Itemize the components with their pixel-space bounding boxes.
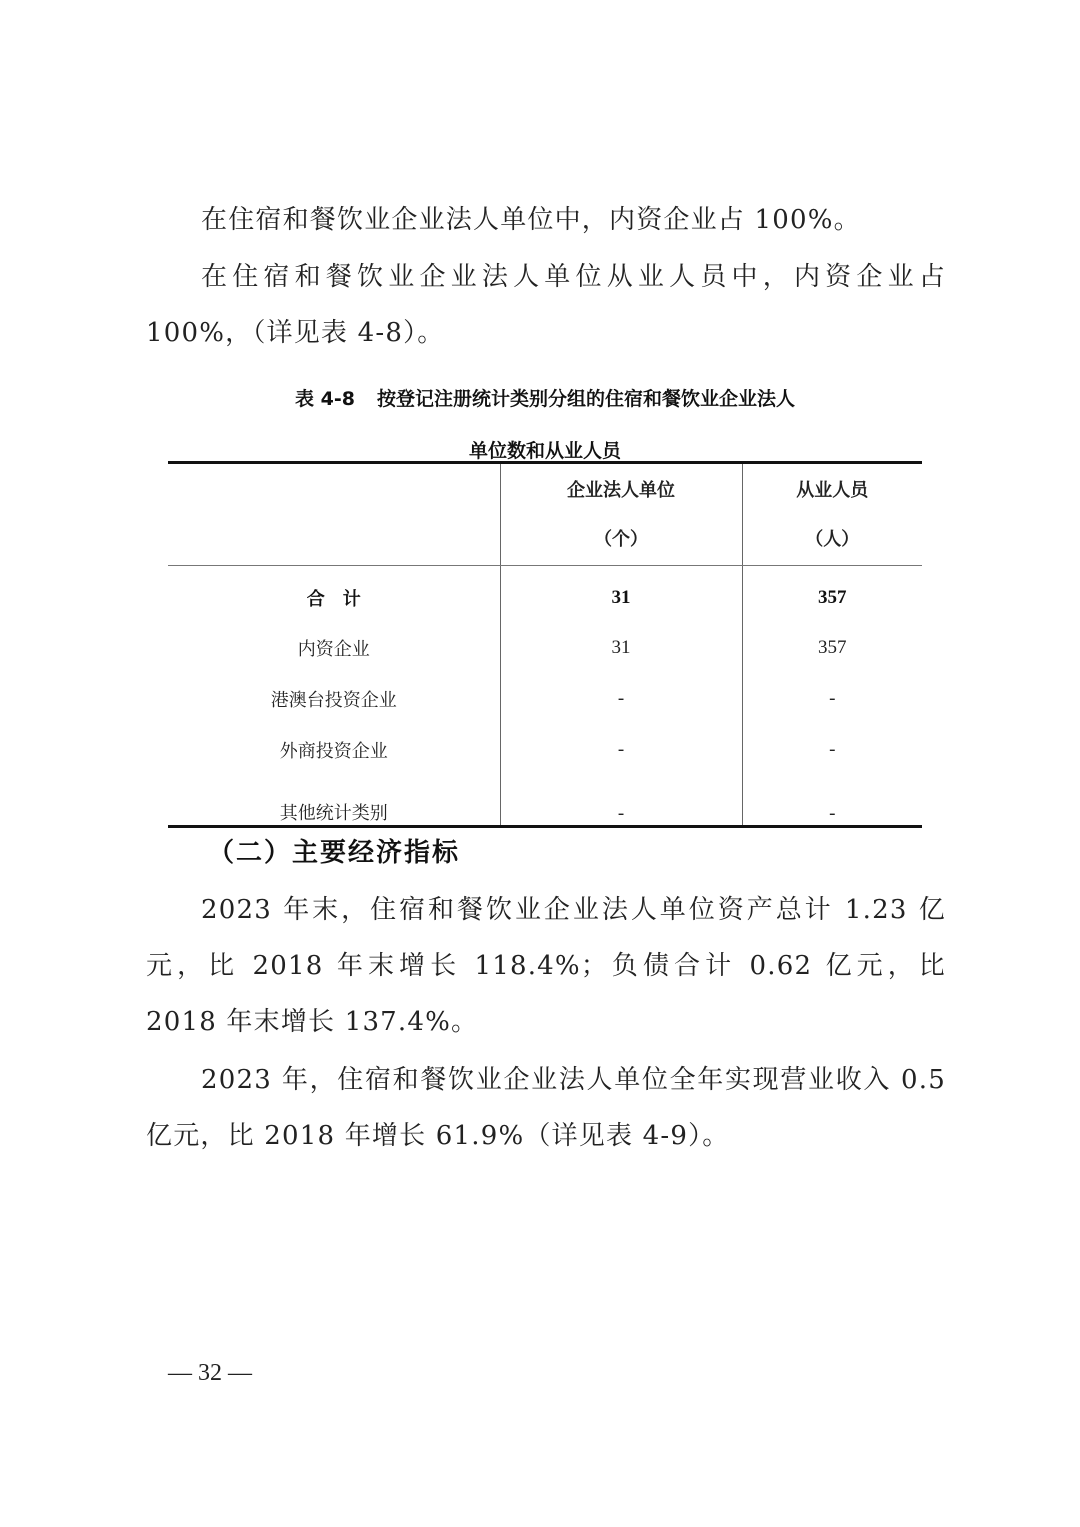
cell-category: 合 计 — [168, 566, 500, 623]
header-category — [168, 463, 500, 566]
cell-employees: 357 — [742, 566, 922, 623]
cell-category: 其他统计类别 — [168, 775, 500, 827]
cell-units: 31 — [500, 622, 742, 673]
section-heading: （二）主要经济指标 — [208, 832, 460, 869]
table-title: 按登记注册统计类别分组的住宿和餐饮业企业法人 — [377, 388, 795, 410]
paragraph-domestic-employees: 在住宿和餐饮业企业法人单位从业人员中，内资企业占 100%，（详见表 4-8）。 — [146, 249, 946, 361]
paragraph-assets-liabilities: 2023 年末，住宿和餐饮业企业法人单位资产总计 1.23 亿元，比 2018 … — [146, 882, 946, 1050]
table-row: 外商投资企业 - - — [168, 724, 922, 775]
table-header-row: 企业法人单位 （个） 从业人员 （人） — [168, 463, 922, 566]
header-employees: 从业人员 （人） — [742, 463, 922, 566]
cell-employees: - — [742, 724, 922, 775]
cell-category: 港澳台投资企业 — [168, 673, 500, 724]
cell-units: - — [500, 724, 742, 775]
cell-units: - — [500, 775, 742, 827]
cell-units: - — [500, 673, 742, 724]
table-row-total: 合 计 31 357 — [168, 566, 922, 623]
table-row: 港澳台投资企业 - - — [168, 673, 922, 724]
paragraph-revenue: 2023 年，住宿和餐饮业企业法人单位全年实现营业收入 0.5 亿元，比 201… — [146, 1052, 946, 1164]
cell-employees: 357 — [742, 622, 922, 673]
cell-employees: - — [742, 775, 922, 827]
cell-employees: - — [742, 673, 922, 724]
table-row: 其他统计类别 - - — [168, 775, 922, 827]
page-number: — 32 — — [168, 1360, 252, 1387]
registration-category-table: 企业法人单位 （个） 从业人员 （人） 合 计 31 357 内资企业 31 3… — [168, 461, 922, 828]
table-row: 内资企业 31 357 — [168, 622, 922, 673]
cell-units: 31 — [500, 566, 742, 623]
paragraph-domestic-units: 在住宿和餐饮业企业法人单位中，内资企业占 100%。 — [146, 192, 946, 248]
cell-category: 内资企业 — [168, 622, 500, 673]
table-number: 表 4-8 — [295, 388, 355, 410]
table-caption-line2: 单位数和从业人员 — [168, 436, 922, 463]
header-legal-units: 企业法人单位 （个） — [500, 463, 742, 566]
table-caption-line1: 表 4-8按登记注册统计类别分组的住宿和餐饮业企业法人 — [168, 384, 922, 411]
cell-category: 外商投资企业 — [168, 724, 500, 775]
